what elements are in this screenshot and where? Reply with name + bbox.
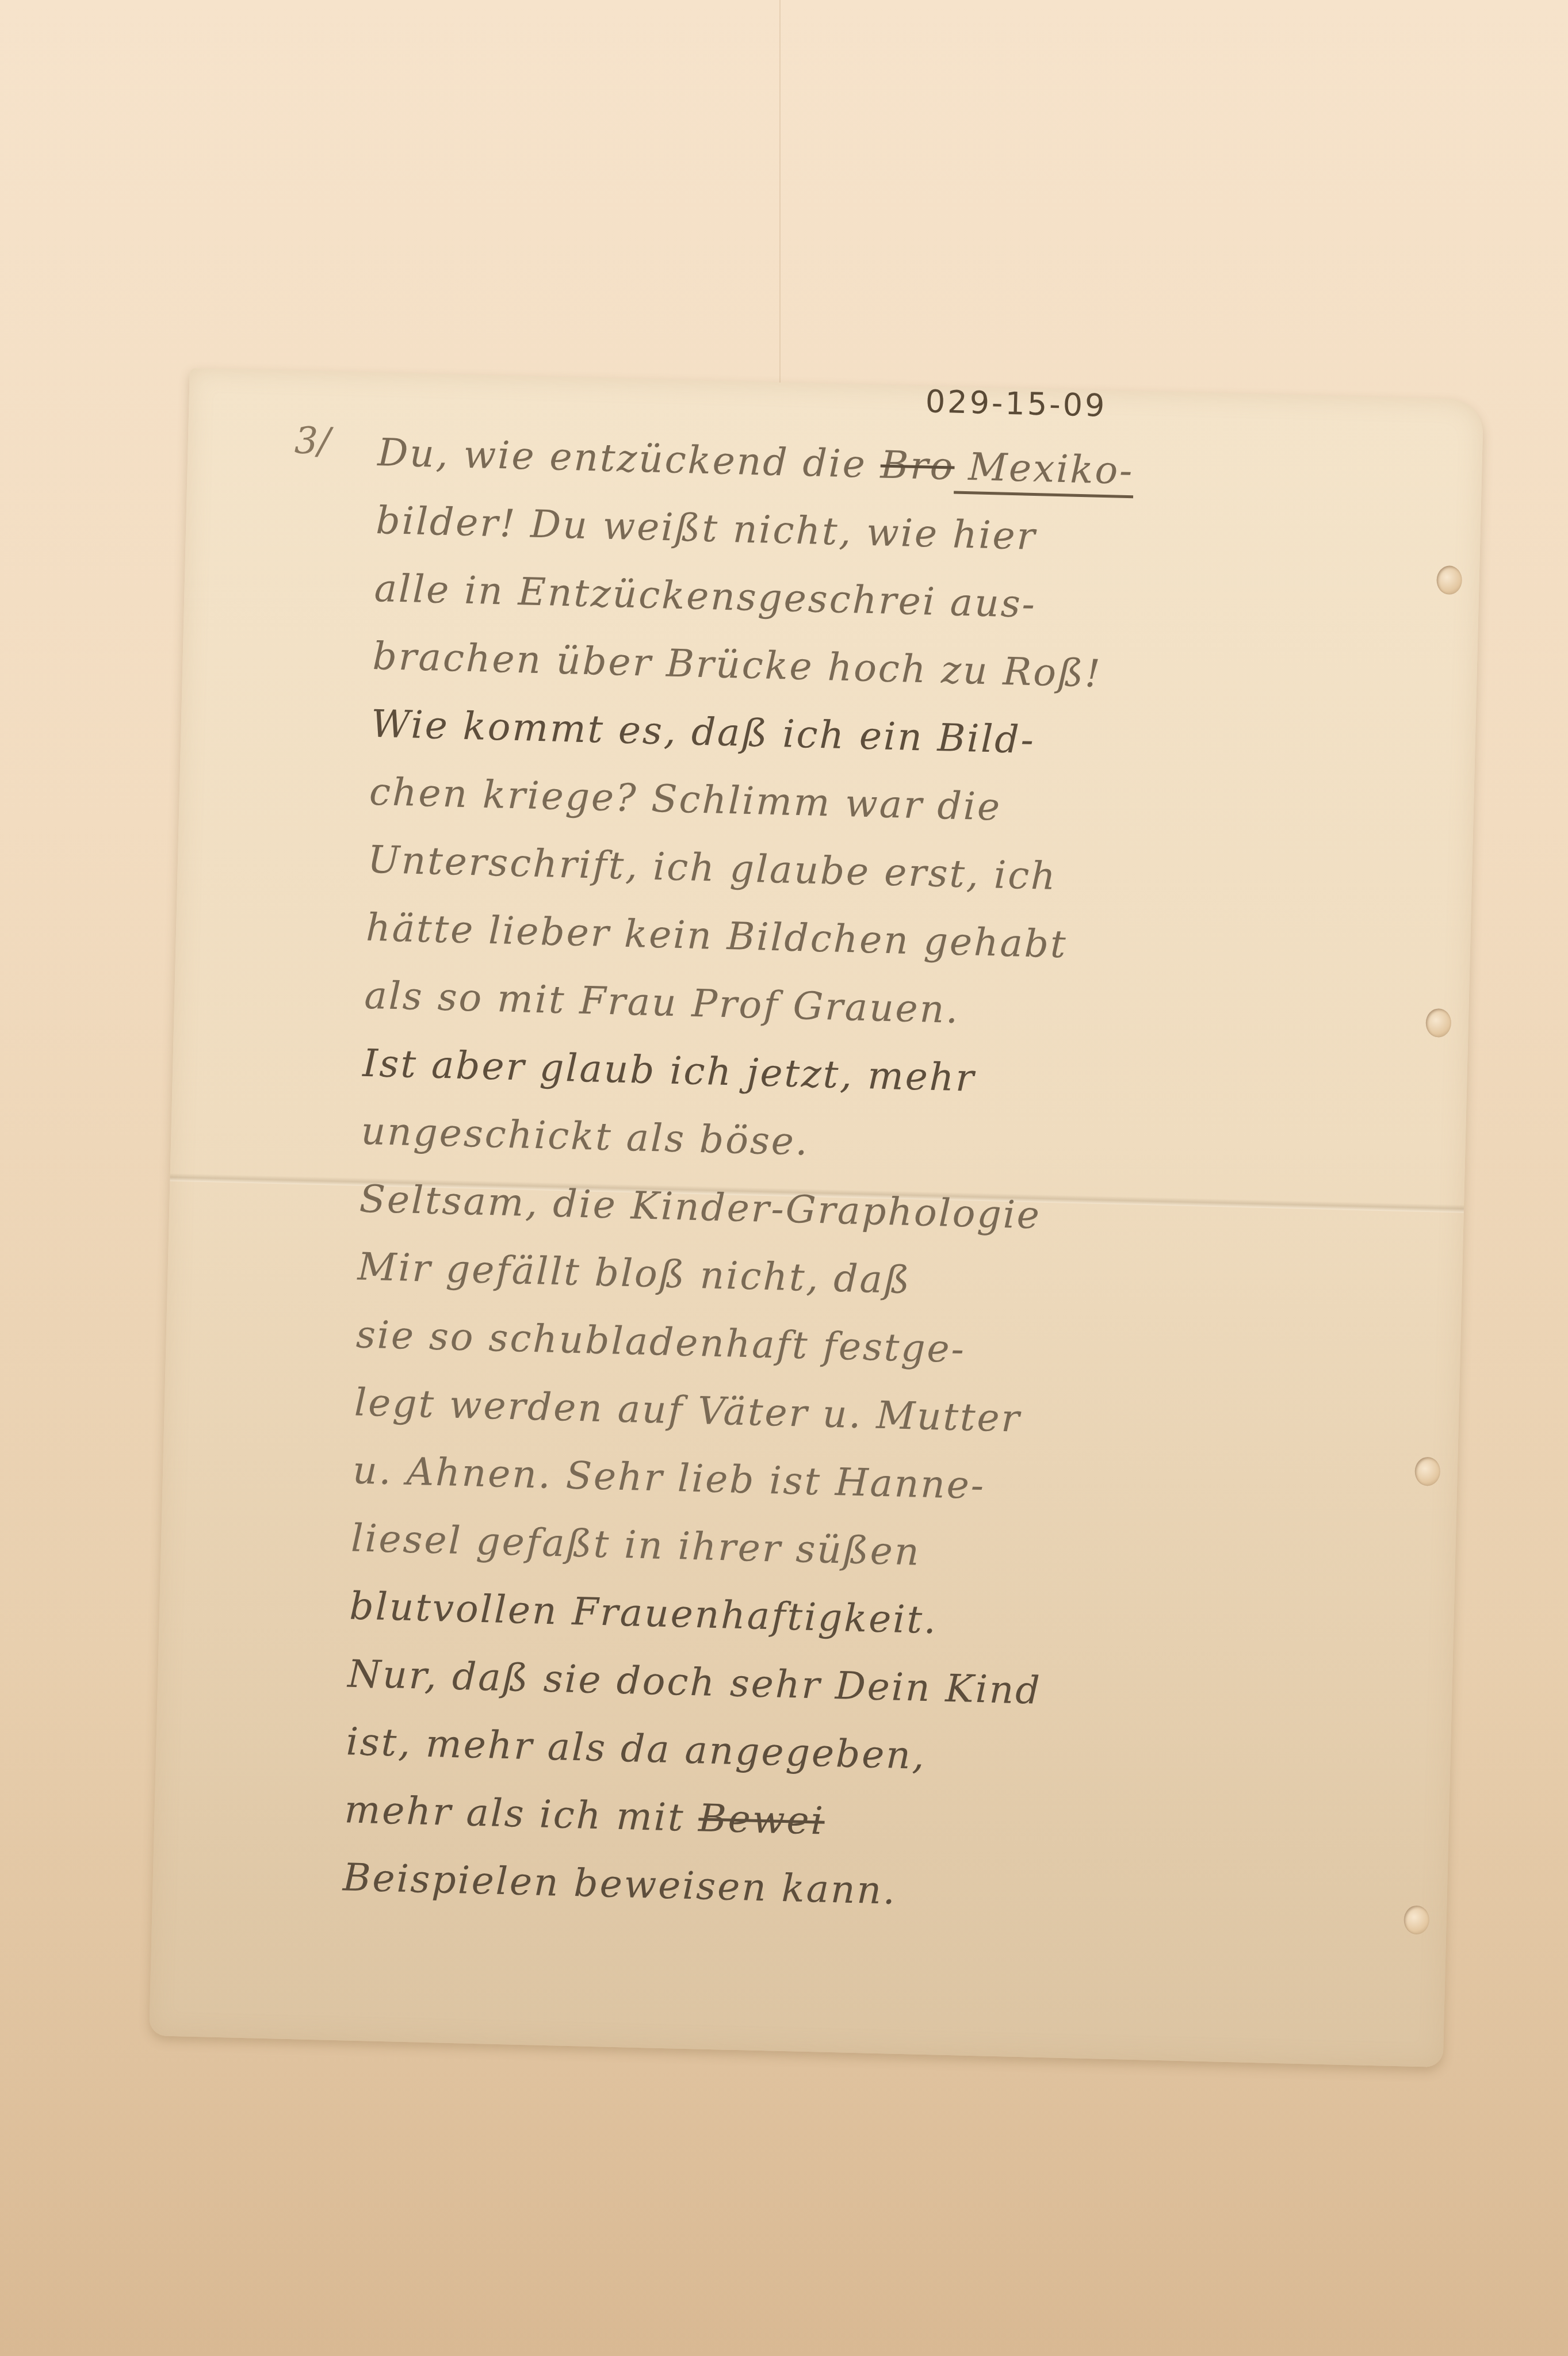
struck-word: Bewei [698, 1796, 825, 1843]
underlined-word: Mexiko- [954, 445, 1134, 499]
page-marker: 3/ [294, 419, 331, 462]
background-seam [779, 0, 781, 403]
letter-body: Du, wie entzückend die Bro Mexiko- bilde… [342, 419, 1460, 1938]
struck-word: Bro [880, 442, 955, 488]
archive-number: 029-15-09 [925, 383, 1107, 424]
letter-sheet: 029-15-09 3/ Du, wie entzückend die Bro … [149, 368, 1483, 2067]
